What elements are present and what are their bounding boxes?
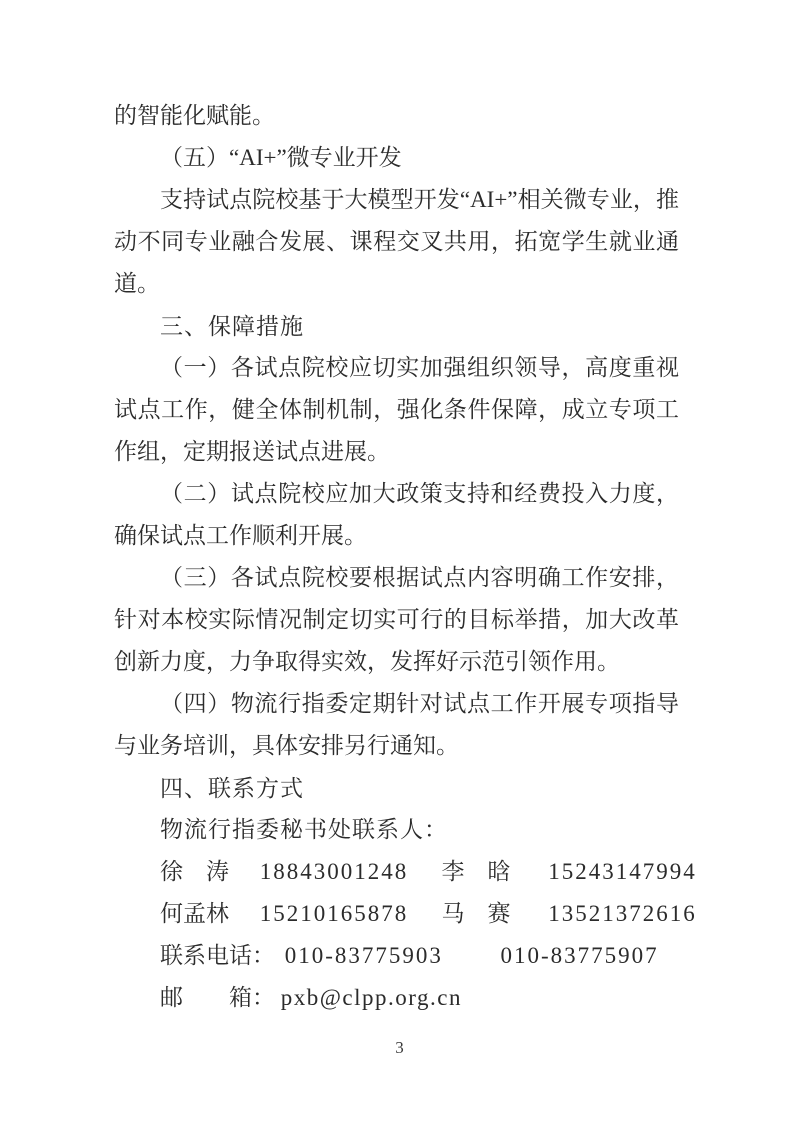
document-content: 的智能化赋能。 （五）“AI+”微专业开发 支持试点院校基于大模型开发“AI+”… [0,0,799,1019]
section-heading-contact-info: 四、联系方式 [114,767,679,809]
telephone-row: 联系电话： 010-83775903 010-83775907 [114,935,679,977]
contact-name: 徐 涛 [160,851,254,893]
paragraph-ai-microprogram: 支持试点院校基于大模型开发“AI+”相关微专业，推动不同专业融合发展、课程交叉共… [114,179,679,305]
paragraph-continuation: 的智能化赋能。 [114,95,679,137]
contact-phone: 18843001248 [260,851,410,893]
page-number: 3 [0,1038,799,1058]
contact-lead-line: 物流行指委秘书处联系人： [114,809,679,851]
document-page: 的智能化赋能。 （五）“AI+”微专业开发 支持试点院校基于大模型开发“AI+”… [0,0,799,1131]
email-address: pxb@clpp.org.cn [281,985,462,1010]
contact-row-1: 徐 涛 18843001248 李 晗 15243147994 [114,851,679,893]
email-row: 邮 箱： pxb@clpp.org.cn [114,977,679,1019]
contact-name: 李 晗 [442,851,543,893]
contact-phone: 13521372616 [548,901,697,926]
contact-row-2: 何孟林 15210165878 马 赛 13521372616 [114,893,679,935]
subsection-heading-ai-microprogram: （五）“AI+”微专业开发 [114,137,679,179]
paragraph-guarantee-2: （二）试点院校应加大政策支持和经费投入力度，确保试点工作顺利开展。 [114,473,679,557]
contact-name: 何孟林 [160,893,254,935]
section-heading-guarantee-measures: 三、保障措施 [114,305,679,347]
contact-name: 马 赛 [442,893,543,935]
telephone-label: 联系电话： [160,943,275,968]
contact-phone: 15243147994 [548,859,697,884]
telephone-number-2: 010-83775907 [501,943,659,968]
paragraph-guarantee-3: （三）各试点院校要根据试点内容明确工作安排，针对本校实际情况制定切实可行的目标举… [114,557,679,683]
paragraph-guarantee-1: （一）各试点院校应切实加强组织领导，高度重视试点工作，健全体制机制，强化条件保障… [114,347,679,473]
email-label: 邮 箱： [160,985,275,1010]
telephone-number-1: 010-83775903 [285,935,433,977]
paragraph-guarantee-4: （四）物流行指委定期针对试点工作开展专项指导与业务培训，具体安排另行通知。 [114,683,679,767]
contact-phone: 15210165878 [260,893,410,935]
